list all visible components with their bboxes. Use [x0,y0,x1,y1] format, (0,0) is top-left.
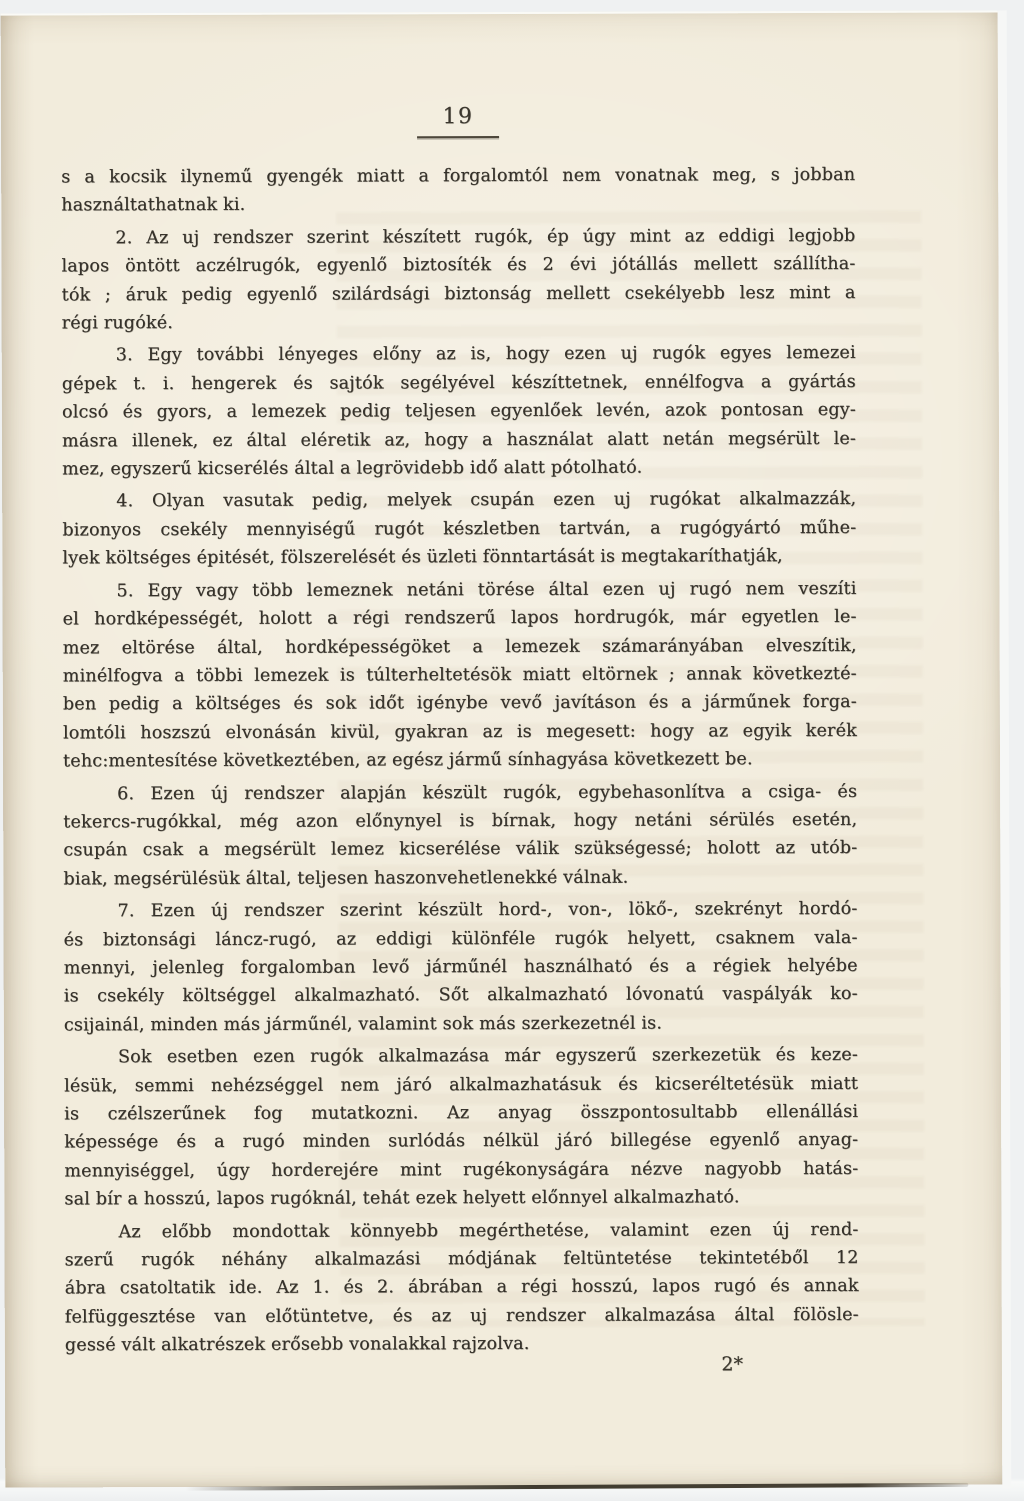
text-line: tók ; áruk pedig egyenlő szilárdsági biz… [62,279,856,310]
text-line: sal bír a hosszú, lapos rugóknál, tehát … [64,1183,858,1214]
paragraph: 6. Ezen új rendszer alapján készült rugó… [63,777,857,893]
text-line: 7. Ezen új rendszer szerint készült hord… [63,895,857,926]
text-line: el hordképességét, holott a régi rendsze… [63,603,857,634]
text-line: mennyiséggel, úgy horderejére mint rugék… [64,1155,858,1186]
text-line: lésük, semmi nehézséggel nem járó alkalm… [64,1069,858,1100]
paragraph: 7. Ezen új rendszer szerint készült hord… [63,895,857,1040]
text-line: ábra csatoltatik ide. Az 1. és 2. ábrába… [65,1272,859,1303]
text-line: 5. Egy vagy több lemeznek netáni törése … [62,575,856,606]
text-line: csijainál, minden más járműnél, valamint… [64,1009,858,1040]
paragraph: 3. Egy további lényeges előny az is, hog… [62,339,856,484]
page-number: 19 [442,104,473,129]
text-line: lomtóli hoszszú elvonásán kivül, gyakran… [63,717,857,748]
text-line: lapos öntött aczélrugók, egyenlő biztosí… [61,250,855,281]
text-line: képessége és a rugó minden surlódás nélk… [64,1126,858,1157]
paragraph: 5. Egy vagy több lemeznek netáni törése … [62,575,857,776]
paragraph: Az előbb mondottak könnyebb megérthetése… [64,1216,858,1361]
text-line: szerű rugók néhány alkalmazási módjának … [65,1244,859,1275]
text-line: s a kocsik ilynemű gyengék miatt a forga… [61,161,855,192]
paragraph: Sok esetben ezen rugók alkalmazása már e… [64,1041,859,1214]
book-page: 19 s a kocsik ilynemű gyengék miatt a fo… [1,10,1003,1487]
text-line: tekercs-rugókkal, még azon előnynyel is … [63,806,857,837]
text-line: régi rugóké. [62,307,856,338]
text-line: biak, megsérülésük által, teljesen haszo… [63,863,857,894]
paragraph: 4. Olyan vasutak pedig, melyek csupán ez… [62,485,856,573]
scan-background: 19 s a kocsik ilynemű gyengék miatt a fo… [0,0,1024,1501]
page-number-rule [417,136,499,138]
text-line: csupán csak a megsérült lemez kicserélés… [63,834,857,865]
text-line: mez, egyszerű kicserélés által a legrövi… [62,453,856,484]
paragraph: 2. Az uj rendszer szerint készített rugó… [61,222,855,338]
page-bottom-edge [185,1483,968,1491]
text-line: ben pedig a költséges és sok időt igényb… [63,688,857,719]
text-line: Sok esetben ezen rugók alkalmazása már e… [64,1041,858,1072]
text-line: tehc:mentesítése következtében, az egész… [63,745,857,776]
paragraph: s a kocsik ilynemű gyengék miatt a forga… [61,161,855,220]
text-line: 3. Egy további lényeges előny az is, hog… [62,339,856,370]
text-line: használtathatnak ki. [61,189,855,220]
text-line: mez eltörése által, hordképességöket a l… [63,631,857,662]
text-line: is czélszerűnek fog mutatkozni. Az anyag… [64,1098,858,1129]
text-line: mennyi, jelenleg forgalomban levő járműn… [64,952,858,983]
text-line: gépek t. i. hengerek és sajtók segélyéve… [62,368,856,399]
text-line: másra illenek, ez által eléretik az, hog… [62,425,856,456]
signature-mark: 2* [65,1353,859,1377]
text-line: Az előbb mondottak könnyebb megérthetése… [64,1216,858,1247]
text-line: felfüggesztése van előtüntetve, és az uj… [65,1301,859,1332]
text-line: 4. Olyan vasutak pedig, melyek csupán ez… [62,485,856,516]
text-line: 6. Ezen új rendszer alapján készült rugó… [63,777,857,808]
text-line: olcsó és gyors, a lemezek pedig teljesen… [62,396,856,427]
text-line: 2. Az uj rendszer szerint készített rugó… [61,222,855,253]
page-header: 19 [61,103,855,139]
text-line: minélfogva a többi lemezek is túlterhelt… [63,660,857,691]
text-line: is csekély költséggel alkalmazható. Sőt … [64,980,858,1011]
text-line: lyek költséges épitését, fölszerelését é… [62,542,856,573]
text-line: bizonyos csekély mennyiségű rugót készle… [62,514,856,545]
text-block: s a kocsik ilynemű gyengék miatt a forga… [61,161,859,1360]
text-line: és biztonsági láncz-rugó, az eddigi külö… [64,923,858,954]
